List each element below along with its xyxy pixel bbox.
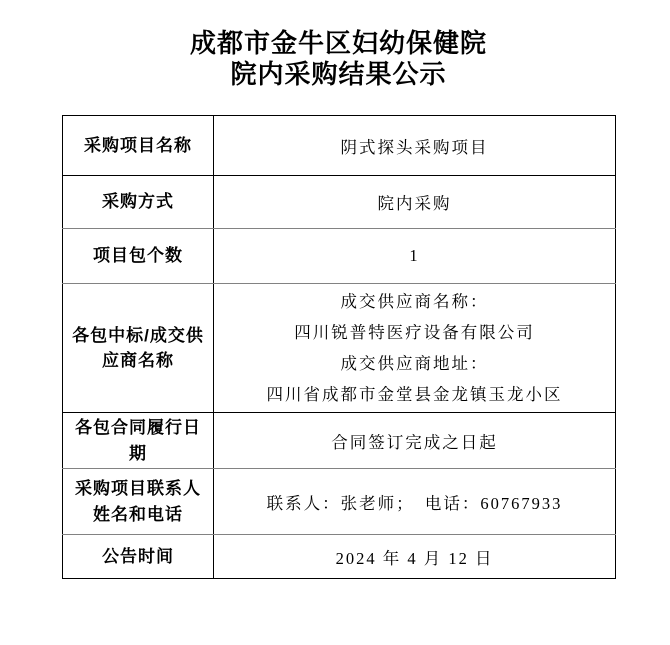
supplier-address-caption: 成交供应商地址： (220, 348, 609, 379)
page: { "page": { "title_line1": "成都市金牛区妇幼保健院"… (0, 0, 670, 645)
value-contact: 联系人：张老师； 电话：60767933 (214, 469, 616, 535)
table-row-package-count: 项目包个数 1 (63, 229, 616, 284)
table-row-project-name: 采购项目名称 阴式探头采购项目 (63, 116, 616, 176)
supplier-name: 四川锐普特医疗设备有限公司 (220, 317, 609, 348)
table-row-announcement-date: 公告时间 2024 年 4 月 12 日 (63, 535, 616, 579)
procurement-result-table: 采购项目名称 阴式探头采购项目 采购方式 院内采购 项目包个数 1 各包中标/成… (62, 115, 616, 579)
table-row-contact: 采购项目联系人姓名和电话 联系人：张老师； 电话：60767933 (63, 469, 616, 535)
value-procurement-method: 院内采购 (214, 176, 616, 229)
label-contact: 采购项目联系人姓名和电话 (63, 469, 214, 535)
label-announcement-date: 公告时间 (63, 535, 214, 579)
table-row-contract-date: 各包合同履行日期 合同签订完成之日起 (63, 413, 616, 469)
table-row-procurement-method: 采购方式 院内采购 (63, 176, 616, 229)
label-contract-date: 各包合同履行日期 (63, 413, 214, 469)
page-title-line1: 成都市金牛区妇幼保健院 (62, 28, 615, 59)
page-title: 成都市金牛区妇幼保健院 院内采购结果公示 (62, 28, 615, 90)
label-winning-supplier: 各包中标/成交供应商名称 (63, 284, 214, 413)
label-package-count: 项目包个数 (63, 229, 214, 284)
value-contract-date: 合同签订完成之日起 (214, 413, 616, 469)
document: 成都市金牛区妇幼保健院 院内采购结果公示 采购项目名称 阴式探头采购项目 采购方… (62, 0, 615, 579)
page-title-line2: 院内采购结果公示 (62, 59, 615, 90)
value-winning-supplier: 成交供应商名称： 四川锐普特医疗设备有限公司 成交供应商地址： 四川省成都市金堂… (214, 284, 616, 413)
label-procurement-method: 采购方式 (63, 176, 214, 229)
supplier-address: 四川省成都市金堂县金龙镇玉龙小区 (220, 379, 609, 410)
table-row-winning-supplier: 各包中标/成交供应商名称 成交供应商名称： 四川锐普特医疗设备有限公司 成交供应… (63, 284, 616, 413)
supplier-name-caption: 成交供应商名称： (220, 286, 609, 317)
value-package-count: 1 (214, 229, 616, 284)
label-project-name: 采购项目名称 (63, 116, 214, 176)
value-project-name: 阴式探头采购项目 (214, 116, 616, 176)
value-announcement-date: 2024 年 4 月 12 日 (214, 535, 616, 579)
